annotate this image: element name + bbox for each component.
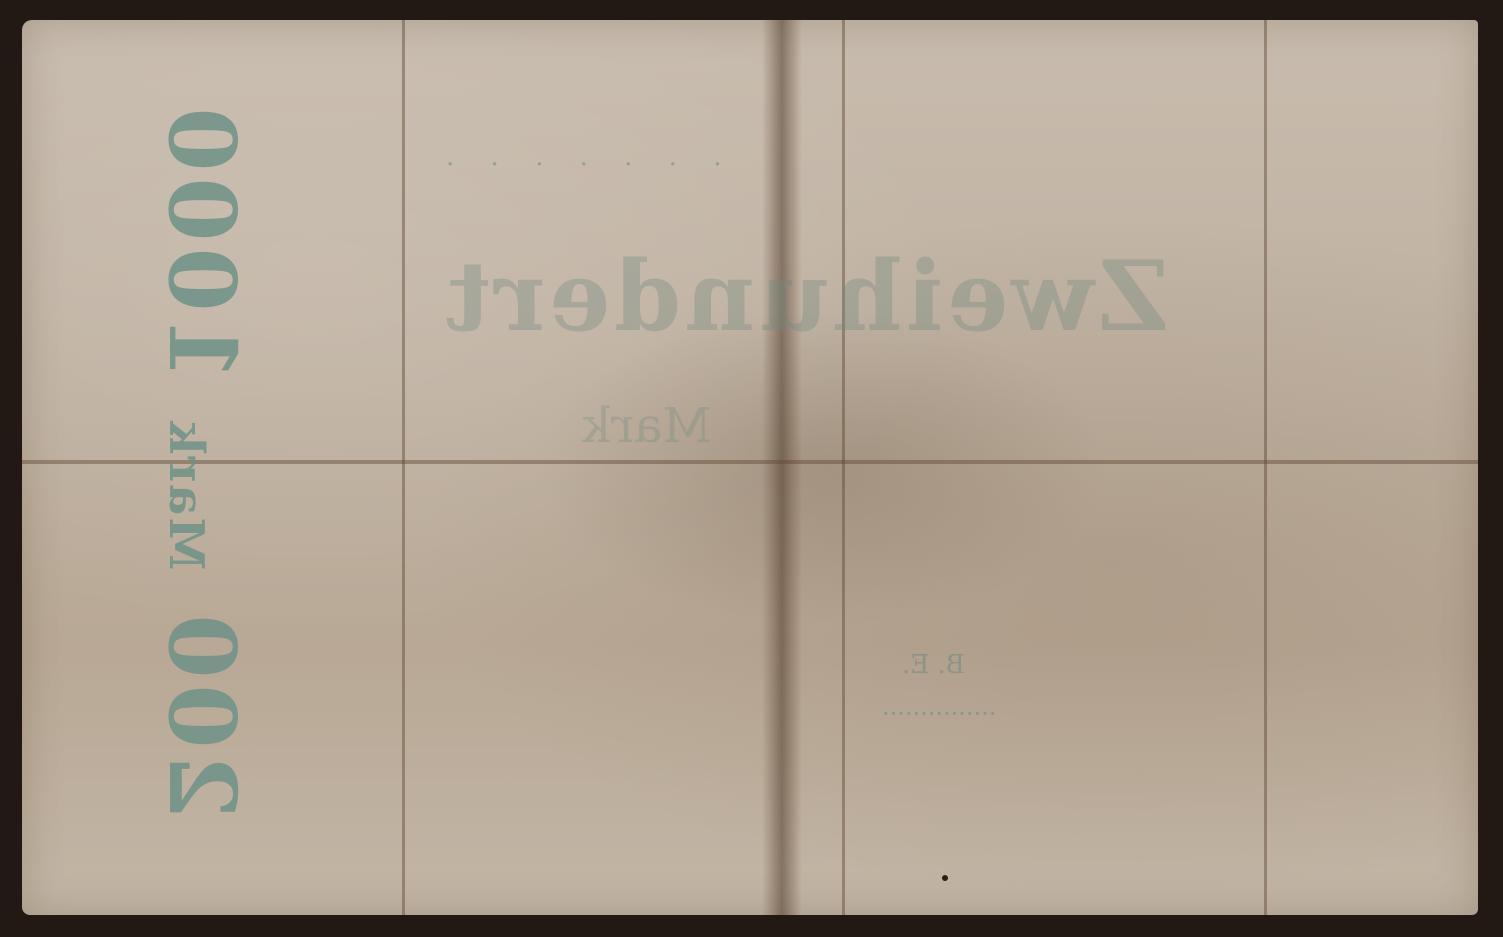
bleed-through-text: · · · · · · · [432,150,721,180]
banknote: 200 Mark 1000 · · · · · · · Zweihundert … [22,20,1478,915]
bleed-through-title: Zweihundert [442,240,1169,353]
denomination-unit: Mark [158,420,214,571]
denomination-numeral: 200 [148,608,256,818]
fold-line [402,20,405,915]
fold-line [1264,20,1267,915]
secondary-numeral: 1000 [148,102,256,382]
fold-line-center [762,20,802,915]
bleed-through-text: ··············· [882,700,996,728]
bleed-through-text: Mark [582,398,712,454]
fold-line [842,20,845,915]
ink-spot [942,875,948,881]
denomination-mirrored: 200 Mark 1000 [148,102,256,819]
bleed-through-text: B. E. [902,650,965,680]
